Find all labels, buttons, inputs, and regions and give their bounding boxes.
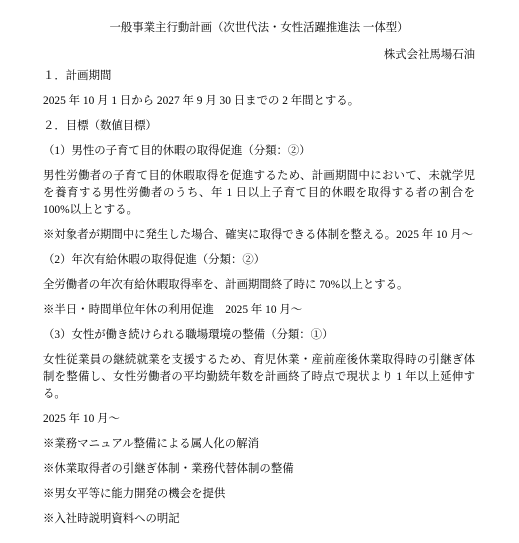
- goal-3-body: 女性従業員の継続就業を支援するため、育児休業・産前産後休業取得時の引継ぎ体制を整…: [43, 352, 475, 403]
- section-1-heading: １．計画期間: [43, 68, 475, 85]
- goal-2-note: ※半日・時間単位年休の利用促進 2025 年 10 月～: [43, 302, 475, 319]
- goal-2-body: 全労働者の年次有給休暇取得率を、計画期間終了時に 70%以上とする。: [43, 277, 475, 294]
- goal-1-note: ※対象者が期間中に発生した場合、確実に取得できる体制を整える。2025 年 10…: [43, 227, 475, 244]
- goal-1-body: 男性労働者の子育て目的休暇取得を促進するため、計画期間中において、未就学児を養育…: [43, 168, 475, 219]
- document-page: 一般事業主行動計画（次世代法・女性活躍推進法 一体型） 株式会社馬場石油 １．計…: [0, 0, 519, 543]
- section-2-heading: ２．目標（数値目標）: [43, 118, 475, 135]
- goal-1-heading: （1）男性の子育て目的休暇の取得促進（分類：②）: [43, 143, 475, 160]
- goal-3-period: 2025 年 10 月～: [43, 411, 475, 428]
- goal-3-note-2: ※休業取得者の引継ぎ体制・業務代替体制の整備: [43, 461, 475, 478]
- goal-3-heading: （3）女性が働き続けられる職場環境の整備（分類：①）: [43, 327, 475, 344]
- goal-item-2: （2）年次有給休暇の取得促進（分類：②） 全労働者の年次有給休暇取得率を、計画期…: [43, 252, 475, 319]
- document-title: 一般事業主行動計画（次世代法・女性活躍推進法 一体型）: [43, 20, 475, 37]
- plan-period-text: 2025 年 10 月 1 日から 2027 年 9 月 30 日までの 2 年…: [43, 93, 475, 110]
- goal-3-note-4: ※入社時説明資料への明記: [43, 511, 475, 528]
- goal-3-note-1: ※業務マニュアル整備による属人化の解消: [43, 436, 475, 453]
- goal-item-1: （1）男性の子育て目的休暇の取得促進（分類：②） 男性労働者の子育て目的休暇取得…: [43, 143, 475, 244]
- goal-3-note-3: ※男女平等に能力開発の機会を提供: [43, 486, 475, 503]
- goal-2-heading: （2）年次有給休暇の取得促進（分類：②）: [43, 252, 475, 269]
- company-name: 株式会社馬場石油: [43, 47, 475, 64]
- goal-item-3: （3）女性が働き続けられる職場環境の整備（分類：①） 女性従業員の継続就業を支援…: [43, 327, 475, 528]
